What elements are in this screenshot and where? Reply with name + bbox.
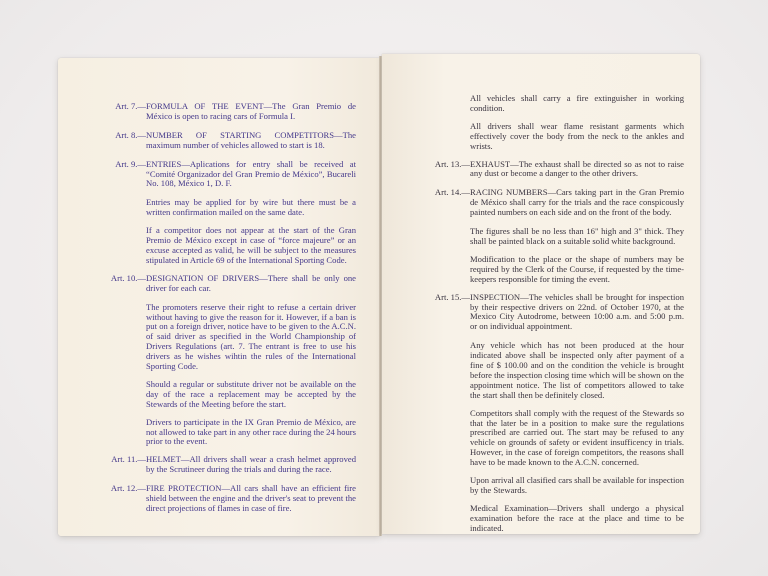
paragraph: Modification to the place or the shape o… [470,255,684,285]
article-number: Art. 8.— [88,131,146,151]
right-page: All vehicles shall carry a fire extingui… [382,54,700,534]
article-heading: Art. 9.—ENTRIES—Aplications for entry sh… [88,160,356,190]
paragraph: Drivers to participate in the IX Gran Pr… [146,418,356,448]
paragraph: The promoters reserve their right to ref… [146,303,356,372]
article-heading: Art. 8.—NUMBER OF STARTING COMPETITORS—T… [88,131,356,151]
article-number: Art. 7.— [88,102,146,122]
article-number: Art. 14.— [412,188,470,218]
article-number: Art. 10.— [88,274,146,294]
paragraph: Any vehicle which has not been produced … [470,341,684,400]
article-number: Art. 13.— [412,160,470,180]
article-heading: Art. 10.—DESIGNATION OF DRIVERS—There sh… [88,274,356,294]
article-heading: Art. 7.—FORMULA OF THE EVENT—The Gran Pr… [88,102,356,122]
left-page: Art. 7.—FORMULA OF THE EVENT—The Gran Pr… [58,58,380,536]
paragraph: Entries may be applied for by wire but t… [146,198,356,218]
paragraph: The figures shall be no less than 16" hi… [470,227,684,247]
article-text: DESIGNATION OF DRIVERS—There shall be on… [146,274,356,294]
article-heading: Art. 12.—FIRE PROTECTION—All cars shall … [88,484,356,514]
paragraph: All drivers shall wear flame resistant g… [470,122,684,152]
article-heading: Art. 15.—INSPECTION—The vehicles shall b… [412,293,684,333]
paragraph: Competitors shall comply with the reques… [470,409,684,468]
right-page-text: All vehicles shall carry a fire extingui… [412,94,684,542]
article-text: ENTRIES—Aplications for entry shall be r… [146,160,356,190]
paragraph: If a competitor does not appear at the s… [146,226,356,266]
article-text: FIRE PROTECTION—All cars shall have an e… [146,484,356,514]
paragraph: Upon arrival all clasified cars shall be… [470,476,684,496]
article-text: NUMBER OF STARTING COMPETITORS—The maxim… [146,131,356,151]
article-heading: Art. 13.—EXHAUST—The exhaust shall be di… [412,160,684,180]
left-page-text: Art. 7.—FORMULA OF THE EVENT—The Gran Pr… [88,102,356,523]
article-text: RACING NUMBERS—Cars taking part in the G… [470,188,684,218]
article-heading: Art. 14.—RACING NUMBERS—Cars taking part… [412,188,684,218]
open-booklet: Art. 7.—FORMULA OF THE EVENT—The Gran Pr… [58,52,700,530]
article-number: Art. 11.— [88,455,146,475]
article-number: Art. 12.— [88,484,146,514]
article-text: FORMULA OF THE EVENT—The Gran Premio de … [146,102,356,122]
paragraph: Should a regular or substitute driver no… [146,380,356,410]
article-text: EXHAUST—The exhaust shall be directed so… [470,160,684,180]
article-text: HELMET—All drivers shall wear a crash he… [146,455,356,475]
article-number: Art. 15.— [412,293,470,333]
article-text: INSPECTION—The vehicles shall be brought… [470,293,684,333]
article-heading: Art. 11.—HELMET—All drivers shall wear a… [88,455,356,475]
article-number: Art. 9.— [88,160,146,190]
paragraph: Medical Examination—Drivers shall underg… [470,504,684,534]
paragraph: All vehicles shall carry a fire extingui… [470,94,684,114]
